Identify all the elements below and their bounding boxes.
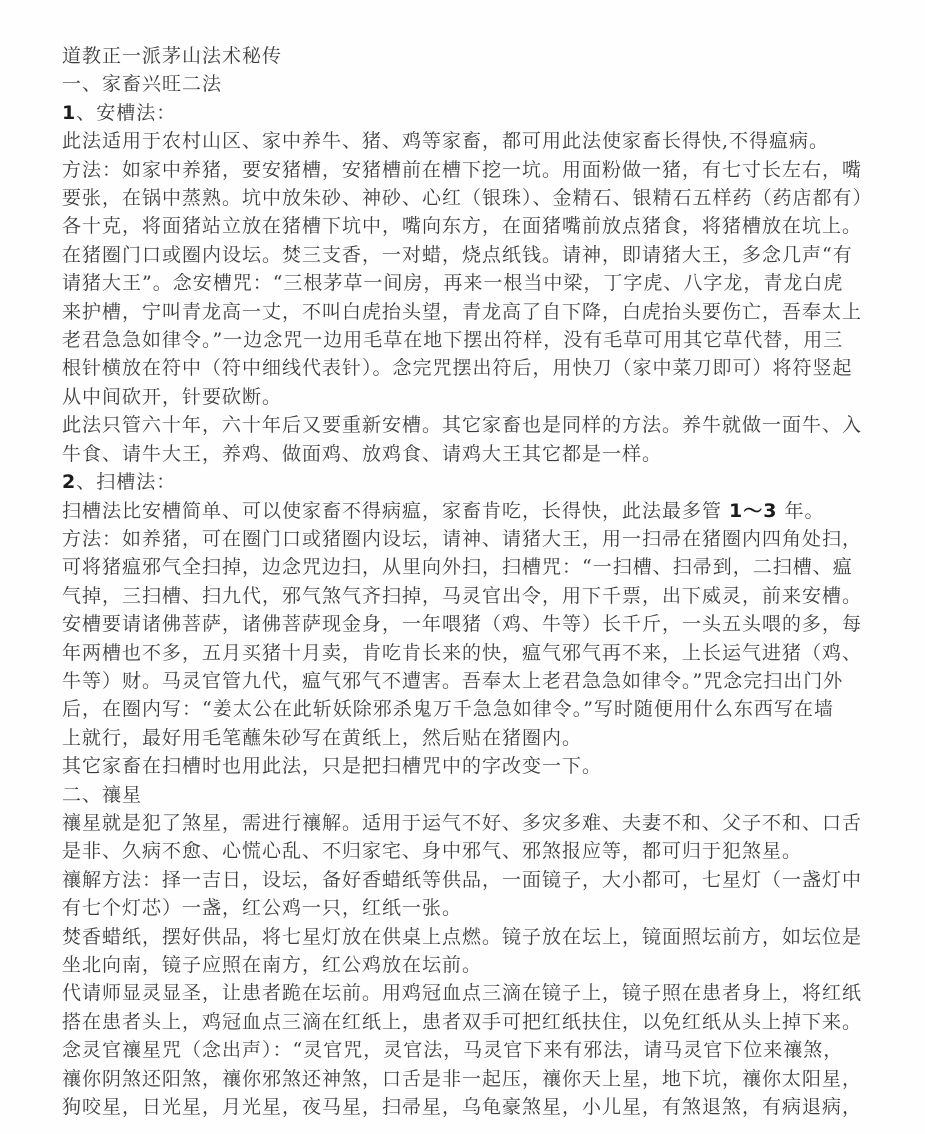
- text-segment: 禳你阴煞还阳煞，禳你邪煞还神煞，口舌是非一起压，禳你天上星，地下坑，禳你太阳星，: [62, 1068, 862, 1090]
- bold-text-segment: 1～3: [729, 500, 777, 522]
- text-segment: 二、禳星: [62, 784, 142, 806]
- text-line: 根针横放在符中（符中细线代表针）。念完咒摆出符后，用快刀（家中菜刀即可）将符竖起: [62, 354, 875, 382]
- text-line: 代请师显灵显圣，让患者跪在坛前。用鸡冠血点三滴在镜子上，镜子照在患者身上，将红纸: [62, 979, 875, 1007]
- text-segment: 禳星就是犯了煞星，需进行禳解。适用于运气不好、多灾多难、夫妻不和、父子不和、口舌: [62, 812, 862, 834]
- text-line: 禳你阴煞还阳煞，禳你邪煞还神煞，口舌是非一起压，禳你天上星，地下坑，禳你太阳星，: [62, 1065, 875, 1093]
- text-line: 搭在患者头上，鸡冠血点三滴在红纸上，患者双手可把红纸扶住，以免红纸从头上掉下来。: [62, 1008, 875, 1036]
- text-segment: 安槽要请诸佛菩萨，诸佛菩萨现金身，一年喂猪（鸡、牛等）长千斤，一头五头喂的多，每: [62, 613, 862, 635]
- text-segment: 在猪圈门口或圈内设坛。焚三支香，一对蜡，烧点纸钱。请神，即请猪大王，多念几声“有: [62, 244, 853, 266]
- text-line: 焚香蜡纸，摆好供品，将七星灯放在供桌上点燃。镜子放在坛上，镜面照坛前方，如坛位是: [62, 923, 875, 951]
- text-segment: 、安槽法：: [76, 102, 176, 124]
- bold-text-segment: 1: [62, 102, 76, 124]
- text-segment: 有七个灯芯）一盏，红公鸡一只，红纸一张。: [62, 897, 462, 919]
- document-body: 道教正一派茅山法术秘传一、家畜兴旺二法1、安槽法：此法适用于农村山区、家中养牛、…: [62, 42, 875, 1121]
- text-line: 可将猪瘟邪气全扫掉，边念咒边扫，从里向外扫，扫槽咒：“一扫槽、扫帚到，二扫槽、瘟: [62, 553, 875, 581]
- text-segment: 焚香蜡纸，摆好供品，将七星灯放在供桌上点燃。镜子放在坛上，镜面照坛前方，如坛位是: [62, 926, 862, 948]
- text-line: 牛食、请牛大王，养鸡、做面鸡、放鸡食、请鸡大王其它都是一样。: [62, 440, 875, 468]
- text-line: 请猪大王”。念安槽咒：“三根茅草一间房，再来一根当中梁，丁字虎、八字龙，青龙白虎: [62, 269, 875, 297]
- text-line: 方法：如家中养猪，要安猪槽，安猪槽前在槽下挖一坑。用面粉做一猪，有七寸长左右，嘴: [62, 156, 875, 184]
- text-line: 2、扫槽法：: [62, 468, 875, 496]
- text-segment: 方法：如养猪，可在圈门口或猪圈内设坛，请神、请猪大王，用一扫帚在猪圈内四角处扫，: [62, 528, 862, 550]
- text-line: 禳解方法：择一吉日，设坛，备好香蜡纸等供品，一面镜子，大小都可，七星灯（一盏灯中: [62, 866, 875, 894]
- text-line: 坐北向南，镜子应照在南方，红公鸡放在坛前。: [62, 951, 875, 979]
- text-segment: 要张，在锅中蒸熟。坑中放朱砂、神砂、心红（银珠）、金精石、银精石五样药（药店都有…: [62, 187, 873, 209]
- text-line: 其它家畜在扫槽时也用此法，只是把扫槽咒中的字改变一下。: [62, 752, 875, 780]
- text-line: 要张，在锅中蒸熟。坑中放朱砂、神砂、心红（银珠）、金精石、银精石五样药（药店都有…: [62, 184, 875, 212]
- text-line: 是非、久病不愈、心慌心乱、不归家宅、身中邪气、邪煞报应等，都可归于犯煞星。: [62, 837, 875, 865]
- text-segment: 牛等）财。马灵官管九代，瘟气邪气不遭害。吾奉太上老君急急如律令。”咒念完扫出门外: [62, 670, 843, 692]
- text-line: 此法适用于农村山区、家中养牛、猪、鸡等家畜，都可用此法使家畜长得快,不得瘟病。: [62, 127, 875, 155]
- text-line: 念灵官禳星咒（念出声）：“灵官咒，灵官法，马灵官下来有邪法，请马灵官下位来禳煞，: [62, 1036, 875, 1064]
- text-line: 牛等）财。马灵官管九代，瘟气邪气不遭害。吾奉太上老君急急如律令。”咒念完扫出门外: [62, 667, 875, 695]
- text-segment: 年两槽也不多，五月买猪十月卖，肯吃肯长来的快，瘟气邪气再不来，上长运气进猪（鸡、: [62, 642, 862, 664]
- text-line: 禳星就是犯了煞星，需进行禳解。适用于运气不好、多灾多难、夫妻不和、父子不和、口舌: [62, 809, 875, 837]
- text-segment: 后，在圈内写：“姜太公在此斩妖除邪杀鬼万千急急如律令。”写时随便用什么东西写在墙: [62, 698, 834, 720]
- text-segment: 上就行，最好用毛笔蘸朱砂写在黄纸上，然后贴在猪圈内。: [62, 727, 582, 749]
- text-line: 来护槽，宁叫青龙高一丈，不叫白虎抬头望，青龙高了自下降，白虎抬头要伤亡，吾奉太上: [62, 298, 875, 326]
- text-line: 此法只管六十年，六十年后又要重新安槽。其它家畜也是同样的方法。养牛就做一面牛、入: [62, 411, 875, 439]
- text-segment: 气掉，三扫槽、扫九代，邪气煞气齐扫掉，马灵官出令，用下千票，出下威灵，前来安槽。: [62, 585, 862, 607]
- text-segment: 来护槽，宁叫青龙高一丈，不叫白虎抬头望，青龙高了自下降，白虎抬头要伤亡，吾奉太上: [62, 301, 862, 323]
- text-segment: 一、家畜兴旺二法: [62, 73, 222, 95]
- text-line: 上就行，最好用毛笔蘸朱砂写在黄纸上，然后贴在猪圈内。: [62, 724, 875, 752]
- text-line: 老君急急如律令。”一边念咒一边用毛草在地下摆出符样，没有毛草可用其它草代替，用三: [62, 326, 875, 354]
- text-segment: 此法适用于农村山区、家中养牛、猪、鸡等家畜，都可用此法使家畜长得快,不得瘟病。: [62, 130, 829, 152]
- text-segment: 搭在患者头上，鸡冠血点三滴在红纸上，患者双手可把红纸扶住，以免红纸从头上掉下来。: [62, 1011, 862, 1033]
- text-segment: 其它家畜在扫槽时也用此法，只是把扫槽咒中的字改变一下。: [62, 755, 602, 777]
- text-segment: 此法只管六十年，六十年后又要重新安槽。其它家畜也是同样的方法。养牛就做一面牛、入: [62, 414, 862, 436]
- text-line: 道教正一派茅山法术秘传: [62, 42, 875, 70]
- text-line: 二、禳星: [62, 781, 875, 809]
- text-segment: 可将猪瘟邪气全扫掉，边念咒边扫，从里向外扫，扫槽咒：“一扫槽、扫帚到，二扫槽、瘟: [62, 556, 853, 578]
- text-segment: 根针横放在符中（符中细线代表针）。念完咒摆出符后，用快刀（家中菜刀即可）将符竖起: [62, 357, 853, 379]
- text-line: 后，在圈内写：“姜太公在此斩妖除邪杀鬼万千急急如律令。”写时随便用什么东西写在墙: [62, 695, 875, 723]
- document-page: 道教正一派茅山法术秘传一、家畜兴旺二法1、安槽法：此法适用于农村山区、家中养牛、…: [0, 0, 925, 1134]
- text-line: 在猪圈门口或圈内设坛。焚三支香，一对蜡，烧点纸钱。请神，即请猪大王，多念几声“有: [62, 241, 875, 269]
- text-line: 安槽要请诸佛菩萨，诸佛菩萨现金身，一年喂猪（鸡、牛等）长千斤，一头五头喂的多，每: [62, 610, 875, 638]
- text-segment: 道教正一派茅山法术秘传: [62, 45, 282, 67]
- text-segment: 扫槽法比安槽简单、可以使家畜不得病瘟，家畜肯吃，长得快，此法最多管: [62, 500, 729, 522]
- text-segment: 禳解方法：择一吉日，设坛，备好香蜡纸等供品，一面镜子，大小都可，七星灯（一盏灯中: [62, 869, 862, 891]
- text-segment: 年。: [778, 500, 825, 522]
- text-segment: 老君急急如律令。”一边念咒一边用毛草在地下摆出符样，没有毛草可用其它草代替，用三: [62, 329, 843, 351]
- text-segment: 牛食、请牛大王，养鸡、做面鸡、放鸡食、请鸡大王其它都是一样。: [62, 443, 662, 465]
- text-line: 扫槽法比安槽简单、可以使家畜不得病瘟，家畜肯吃，长得快，此法最多管 1～3 年。: [62, 497, 875, 525]
- text-line: 方法：如养猪，可在圈门口或猪圈内设坛，请神、请猪大王，用一扫帚在猪圈内四角处扫，: [62, 525, 875, 553]
- text-line: 各十克，将面猪站立放在猪槽下坑中，嘴向东方，在面猪嘴前放点猪食，将猪槽放在坑上。: [62, 212, 875, 240]
- text-line: 一、家畜兴旺二法: [62, 70, 875, 98]
- text-segment: 坐北向南，镜子应照在南方，红公鸡放在坛前。: [62, 954, 482, 976]
- text-segment: 方法：如家中养猪，要安猪槽，安猪槽前在槽下挖一坑。用面粉做一猪，有七寸长左右，嘴: [62, 159, 862, 181]
- text-segment: 各十克，将面猪站立放在猪槽下坑中，嘴向东方，在面猪嘴前放点猪食，将猪槽放在坑上。: [62, 215, 862, 237]
- text-line: 有七个灯芯）一盏，红公鸡一只，红纸一张。: [62, 894, 875, 922]
- bold-text-segment: 2: [62, 471, 76, 493]
- text-line: 狗咬星，日光星，月光星，夜马星，扫帚星，乌龟豪煞星，小儿星，有煞退煞，有病退病，: [62, 1093, 875, 1121]
- text-segment: 代请师显灵显圣，让患者跪在坛前。用鸡冠血点三滴在镜子上，镜子照在患者身上，将红纸: [62, 982, 862, 1004]
- text-segment: 是非、久病不愈、心慌心乱、不归家宅、身中邪气、邪煞报应等，都可归于犯煞星。: [62, 840, 802, 862]
- text-line: 1、安槽法：: [62, 99, 875, 127]
- text-line: 从中间砍开，针要砍断。: [62, 383, 875, 411]
- text-segment: 请猪大王”。念安槽咒：“三根茅草一间房，再来一根当中梁，丁字虎、八字龙，青龙白虎: [62, 272, 843, 294]
- text-segment: 从中间砍开，针要砍断。: [62, 386, 282, 408]
- text-segment: 、扫槽法：: [76, 471, 176, 493]
- text-segment: 念灵官禳星咒（念出声）：“灵官咒，灵官法，马灵官下来有邪法，请马灵官下位来禳煞，: [62, 1039, 843, 1061]
- text-line: 年两槽也不多，五月买猪十月卖，肯吃肯长来的快，瘟气邪气再不来，上长运气进猪（鸡、: [62, 639, 875, 667]
- text-line: 气掉，三扫槽、扫九代，邪气煞气齐扫掉，马灵官出令，用下千票，出下威灵，前来安槽。: [62, 582, 875, 610]
- text-segment: 狗咬星，日光星，月光星，夜马星，扫帚星，乌龟豪煞星，小儿星，有煞退煞，有病退病，: [62, 1096, 862, 1118]
